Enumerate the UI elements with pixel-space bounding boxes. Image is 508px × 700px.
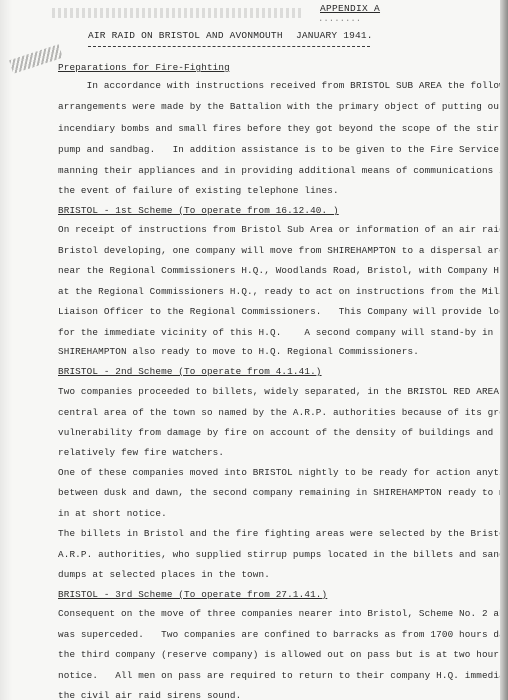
body-text-line: Bristol developing, one company will mov… [58,245,508,256]
body-text-line: near the Regional Commissioners H.Q., Wo… [58,265,508,276]
body-text-line: arrangements were made by the Battalion … [58,101,505,112]
section-heading: Preparations for Fire-Fighting [58,62,230,73]
body-text-line: dumps at selected places in the town. [58,569,270,580]
scheme-heading: BRISTOL - 3rd Scheme (To operate from 27… [58,589,327,600]
body-text-line: A.R.P. authorities, who supplied stirrup… [58,549,505,560]
body-text-line: SHIREHAMPTON also ready to move to H.Q. … [58,346,419,357]
scheme-heading: BRISTOL - 1st Scheme (To operate from 16… [58,205,339,216]
appendix-label: APPENDIX A [320,3,380,14]
body-text-line: between dusk and dawn, the second compan… [58,487,508,498]
body-text-line: Consequent on the move of three companie… [58,608,508,619]
body-text-line: incendiary bombs and small fires before … [58,123,508,134]
ink-smudge [9,44,63,73]
title-underline-rule [88,46,370,47]
appendix-dots: ........ [318,14,361,24]
faded-typing-mark [52,8,302,18]
body-text-line: notice. All men on pass are required to … [58,670,508,681]
scan-left-edge [0,0,12,700]
body-text-line: was superceded. Two companies are confin… [58,629,508,640]
body-text-line: In accordance with instructions received… [58,80,508,91]
body-text-line: central area of the town so named by the… [58,407,508,418]
body-text-line: the third company (reserve company) is a… [58,649,505,660]
body-text-line: vulnerability from damage by fire on acc… [58,427,493,438]
body-text-line: relatively few fire watchers. [58,447,224,458]
document-page: APPENDIX A ........ AIR RAID ON BRISTOL … [0,0,500,700]
body-text-line: at the Regional Commissioners H.Q., read… [58,286,508,297]
body-text-line: the civil air raid sirens sound. [58,690,241,700]
body-text-line: manning their appliances and in providin… [58,165,508,176]
body-text-line: in at short notice. [58,508,167,519]
body-text-line: pump and sandbag. In addition assistance… [58,144,508,155]
body-text-line: for the immediate vicinity of this H.Q. … [58,327,493,338]
body-text-line: Liaison Officer to the Regional Commissi… [58,306,508,317]
body-text-line: The billets in Bristol and the fire figh… [58,528,508,539]
body-text-line: the event of failure of existing telepho… [58,185,339,196]
scheme-heading: BRISTOL - 2nd Scheme (To operate from 4.… [58,366,322,377]
body-text-line: One of these companies moved into BRISTO… [58,467,508,478]
title-text: AIR RAID ON BRISTOL AND AVONMOUTH [88,30,283,41]
body-text-line: On receipt of instructions from Bristol … [58,224,508,235]
body-text-line: Two companies proceeded to billets, wide… [58,386,508,397]
title-date: JANUARY 1941. [296,30,373,41]
scan-right-edge [500,0,508,700]
document-title: AIR RAID ON BRISTOL AND AVONMOUTH JANUAR… [88,30,283,41]
